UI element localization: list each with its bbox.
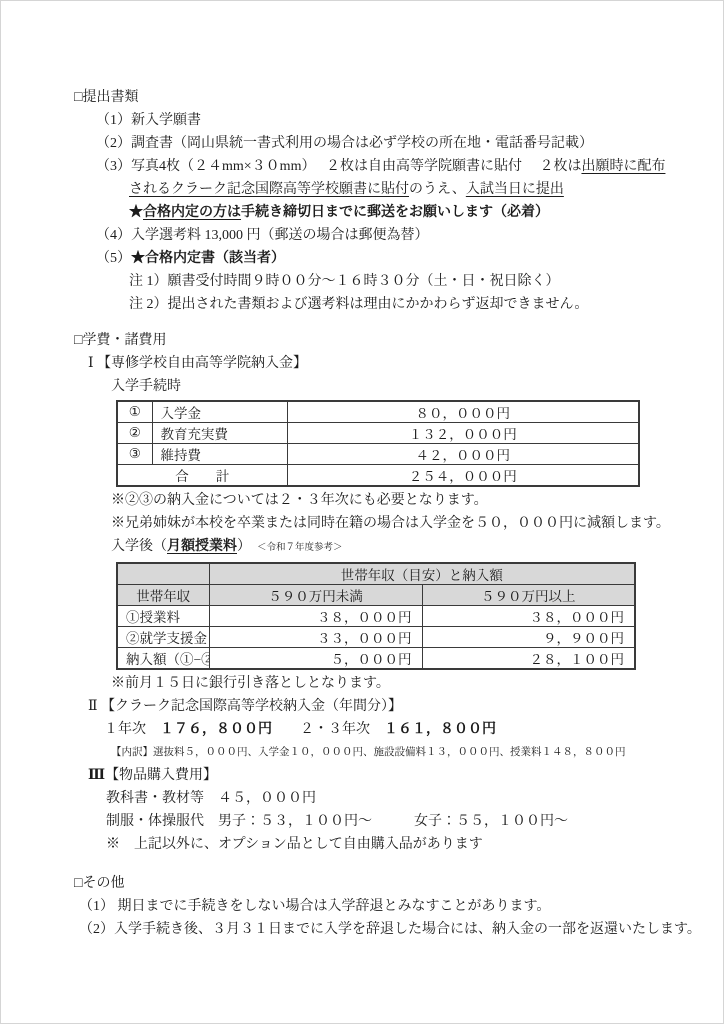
fees-section2-amounts: １年次 １７６，８００円 ２・３年次 １６１，８００円	[74, 718, 693, 741]
tuition-header-row-1: 世帯年収（目安）と納入額	[117, 563, 635, 585]
monthly-tuition-label: 月額授業料	[167, 539, 237, 554]
item3-note-underlined: 合格内定の方は	[143, 205, 241, 220]
tuition-value-1: ５，０００円	[209, 648, 422, 670]
year1-value: １７６，８００円	[160, 722, 272, 737]
item3-text-mid: のうえ、	[409, 182, 466, 197]
submission-item-2: （2）調査書（岡山県統一書式利用の場合は必ず学校の所在地・電話番号記載）	[74, 132, 693, 155]
fee-value: ８０，０００円	[287, 401, 639, 423]
submission-note-1: 注 1）願書受付時間９時００分～１６時３０分（土・日・祝日除く）	[74, 270, 693, 293]
fees-section3-line-2: 制服・体操服代 男子：５３，１００円～ 女子：５５，１００円～	[74, 810, 693, 833]
submission-item-1: （1）新入学願書	[74, 109, 693, 132]
fee-label: 教育充実費	[152, 423, 287, 444]
table-row: ①授業料 ３８，０００円 ３８，０００円	[117, 606, 635, 627]
item3-underline-start: 出願時に配布	[581, 159, 665, 174]
income-bracket-2: ５９０万円以上	[422, 585, 635, 606]
section1-title-text: 【専修学校自由高等学院納入金】	[97, 356, 307, 371]
document-content: □提出書類 （1）新入学願書 （2）調査書（岡山県統一書式利用の場合は必ず学校の…	[1, 1, 723, 941]
section1-numeral: Ⅰ	[88, 356, 94, 371]
others-item-1: （1） 期日までに手続きをしない場合は入学辞退とみなすことがあります。	[74, 895, 693, 918]
table-row: ②就学支援金 ３３，０００円 ９，９００円	[117, 627, 635, 648]
reference-year-note: ＜令和７年度参考＞	[257, 543, 343, 553]
income-bracket-1: ５９０万円未満	[209, 585, 422, 606]
row-number: ③	[117, 444, 152, 465]
fees-section2-breakdown: 【内訳】選抜料５，０００円、入学金１０，０００円、施設設備料１３，０００円、授業…	[74, 741, 693, 764]
tuition-value-1: ３８，０００円	[209, 606, 422, 627]
fee-label: 入学金	[152, 401, 287, 423]
fees-heading: □学費・諸費用	[74, 329, 693, 352]
item5-number: （5）	[96, 251, 131, 266]
others-item-2: （2）入学手続き後、３月３１日までに入学を辞退した場合には、納入金の一部を返還い…	[74, 918, 693, 941]
fee-value: １３２，０００円	[287, 423, 639, 444]
fees-section3-note: ※ 上記以外に、オプション品として自由購入品があります	[74, 833, 693, 856]
submission-item-4: （4）入学選考料 13,000 円（郵送の場合は郵便為替）	[74, 224, 693, 247]
row-number: ②	[117, 423, 152, 444]
tuition-row-label: ②就学支援金	[117, 627, 209, 648]
submission-item-3-line1: （3）写真4枚（２４mm×３０mm） ２枚は自由高等学院願書に貼付 ２枚は出願時…	[74, 155, 693, 178]
submission-item-3-note: ★合格内定の方は手続き締切日までに郵送をお願いします（必着）	[74, 201, 693, 224]
tuition-row-label: ①授業料	[117, 606, 209, 627]
table-row: ③ 維持費 ４２，０００円	[117, 444, 639, 465]
item3-underline-end: 入試当日に提出	[466, 182, 564, 197]
section3-title-text: 【物品購入費用】	[105, 768, 217, 783]
fees-after-entry-label: 入学後（月額授業料）＜令和７年度参考＞	[74, 535, 693, 560]
submission-heading: □提出書類	[74, 86, 693, 109]
submission-item-5: （5）★合格内定書（該当者）	[74, 247, 693, 270]
tuition-value-2: ２８，１００円	[422, 648, 635, 670]
year1-label: １年次	[104, 722, 146, 737]
fees-section1-note-2: ※兄弟姉妹が本校を卒業または同時在籍の場合は入学金を５０，０００円に減額します。	[74, 512, 693, 535]
fees-section1-subtitle: 入学手続時	[74, 375, 693, 398]
section2-numeral: Ⅱ	[88, 699, 98, 714]
star-icon: ★	[129, 205, 143, 220]
year23-label: ２・３年次	[300, 722, 370, 737]
fees-section2-title: Ⅱ 【クラーク記念国際高等学校納入金（年間分）】	[74, 695, 693, 718]
tuition-row-label: 納入額（①−②）	[117, 648, 209, 670]
others-heading: □その他	[74, 872, 693, 895]
total-value: ２５４，０００円	[287, 465, 639, 487]
fees-section3-title: Ⅲ【物品購入費用】	[74, 764, 693, 787]
after-label-pre: 入学後（	[111, 539, 167, 554]
document-page: □提出書類 （1）新入学願書 （2）調査書（岡山県統一書式利用の場合は必ず学校の…	[0, 0, 724, 1024]
item3-note-rest: 手続き締切日までに郵送をお願いします（必着）	[241, 205, 549, 220]
tuition-header-row-2: 世帯年収 ５９０万円未満 ５９０万円以上	[117, 585, 635, 606]
section2-title-text: 【クラーク記念国際高等学校納入金（年間分）】	[101, 699, 402, 714]
fees-section3-line-1: 教科書・教材等 ４５，０００円	[74, 787, 693, 810]
fees-section1-title: Ⅰ 【専修学校自由高等学院納入金】	[74, 352, 693, 375]
year23-value: １６１，８００円	[384, 722, 496, 737]
item3-underline-cont: されるクラーク記念国際高等学校願書に貼付	[129, 182, 409, 197]
item3-text: （3）写真4枚（２４mm×３０mm） ２枚は自由高等学院願書に貼付 ２枚は	[96, 159, 581, 174]
tuition-value-1: ３３，０００円	[209, 627, 422, 648]
fees-section1-note-3: ※前月１５日に銀行引き落としとなります。	[74, 672, 693, 695]
table-row: 納入額（①−②） ５，０００円 ２８，１００円	[117, 648, 635, 670]
table-row: ① 入学金 ８０，０００円	[117, 401, 639, 423]
fee-label: 維持費	[152, 444, 287, 465]
after-label-post: ）	[237, 539, 251, 554]
row-number: ①	[117, 401, 152, 423]
total-label: 合 計	[117, 465, 287, 487]
income-col-header: 世帯年収	[117, 585, 209, 606]
table-total-row: 合 計 ２５４，０００円	[117, 465, 639, 487]
section3-numeral: Ⅲ	[88, 768, 105, 783]
tuition-value-2: ９，９００円	[422, 627, 635, 648]
amount-spacer	[272, 722, 300, 737]
blank-cell	[117, 563, 209, 585]
submission-item-3-line2: されるクラーク記念国際高等学校願書に貼付のうえ、入試当日に提出	[74, 178, 693, 201]
tuition-table: 世帯年収（目安）と納入額 世帯年収 ５９０万円未満 ５９０万円以上 ①授業料 ３…	[116, 562, 636, 670]
income-header: 世帯年収（目安）と納入額	[209, 563, 635, 585]
table-row: ② 教育充実費 １３２，０００円	[117, 423, 639, 444]
submission-note-2: 注 2）提出された書類および選考料は理由にかかわらず返却できません。	[74, 293, 693, 316]
item5-title: ★合格内定書（該当者）	[131, 251, 285, 266]
tuition-value-2: ３８，０００円	[422, 606, 635, 627]
fees-section1-note-1: ※②③の納入金については２・３年次にも必要となります。	[74, 489, 693, 512]
fee-value: ４２，０００円	[287, 444, 639, 465]
entrance-fee-table: ① 入学金 ８０，０００円 ② 教育充実費 １３２，０００円 ③ 維持費 ４２，…	[116, 400, 640, 487]
